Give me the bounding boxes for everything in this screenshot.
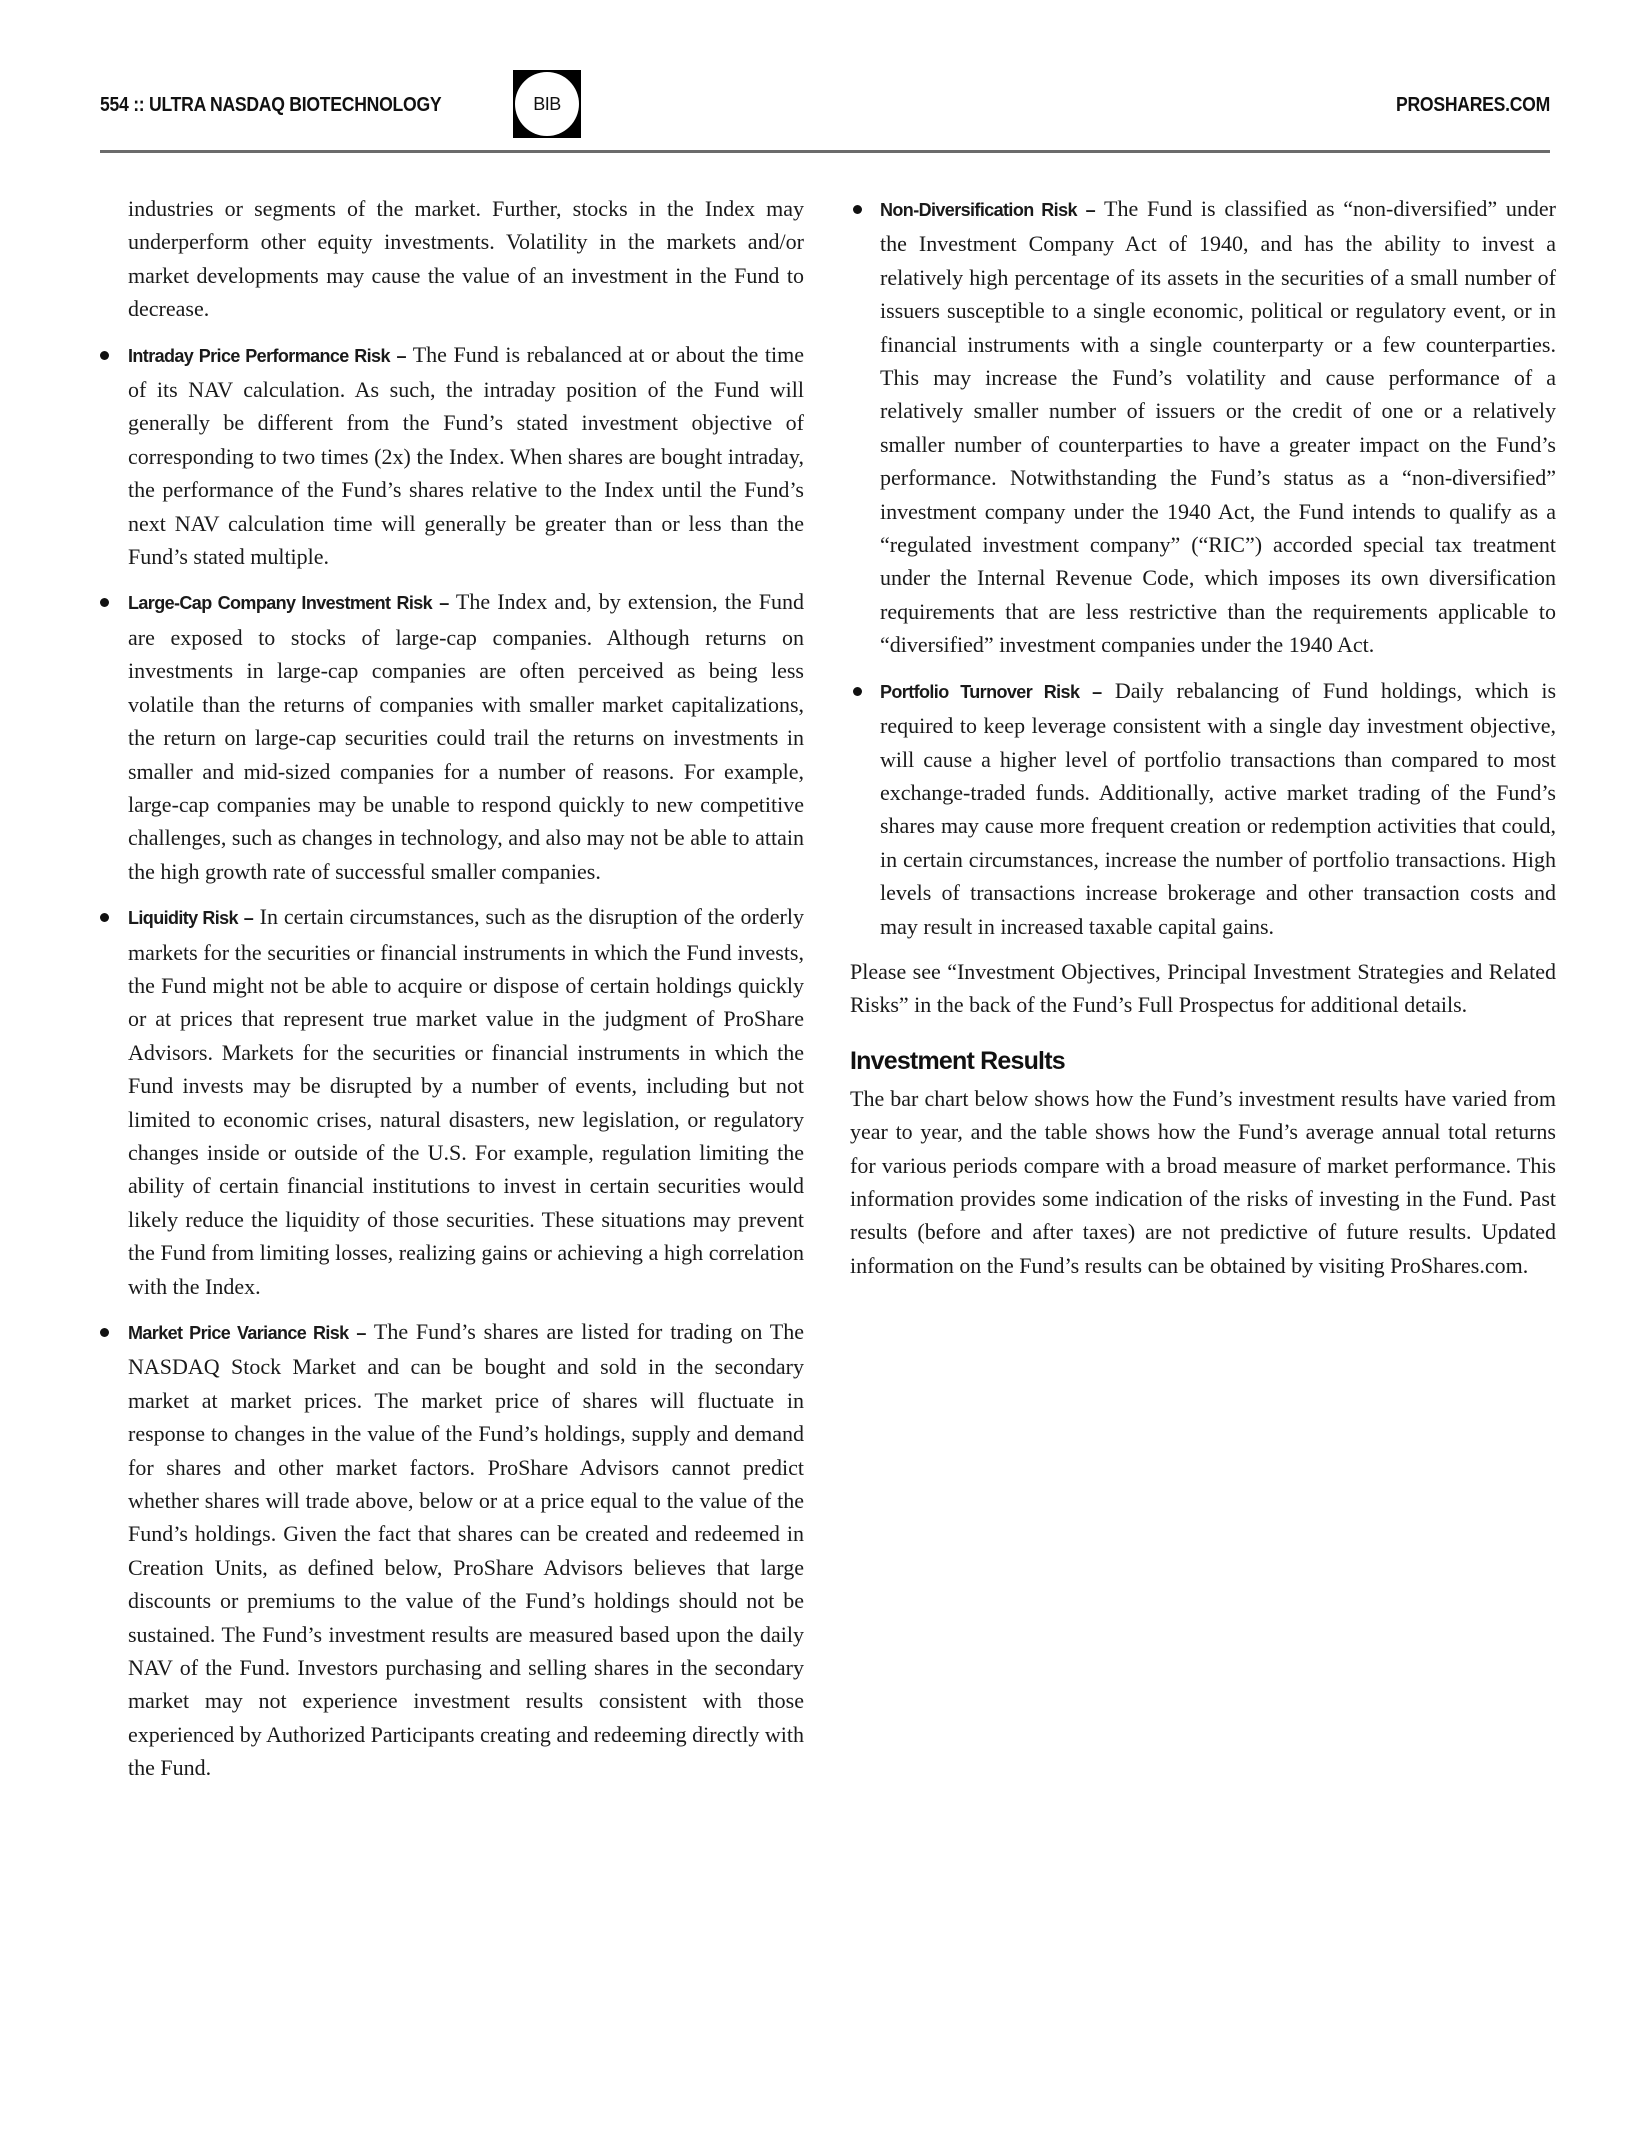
ticker-badge: BIB [513,70,581,138]
see-also-paragraph: Please see “Investment Objectives, Princ… [850,955,1556,1022]
bullet-icon [100,351,109,360]
left-column: industries or segments of the market. Fu… [128,192,804,1797]
page-header: 554 :: ULTRA NASDAQ BIOTECHNOLOGY BIB PR… [100,68,1550,152]
bullet-icon [100,598,109,607]
em-dash: – [244,908,254,928]
site-link[interactable]: PROSHARES.COM [1396,94,1550,117]
risk-item-liquidity: Liquidity Risk – In certain circumstance… [128,900,804,1303]
risk-term: Liquidity Risk [128,908,238,928]
investment-results-heading: Investment Results [850,1044,1556,1078]
ticker-badge-label: BIB [515,72,579,136]
risk-description: The Fund is classified as “non-diversifi… [880,196,1556,657]
risk-description: Daily rebalancing of Fund holdings, whic… [880,678,1556,939]
em-dash: – [1086,200,1096,220]
risk-term: Non-Diversification Risk [880,200,1077,220]
risk-item-non-diversification: Non-Diversification Risk – The Fund is c… [850,192,1556,662]
risk-description: The Fund’s shares are listed for trad­in… [128,1319,804,1780]
em-dash: – [439,593,449,613]
bullet-icon [100,913,109,922]
bullet-icon [853,205,862,214]
header-divider [100,150,1550,153]
continuation-paragraph: industries or segments of the market. Fu… [128,192,804,326]
risk-item-market-price-variance: Market Price Variance Risk – The Fund’s … [128,1315,804,1785]
risk-description: In certain circumstances, such as the di… [128,904,804,1298]
risk-description: The Index and, by extension, the Fund ar… [128,589,804,883]
risk-term: Large-Cap Company Investment Risk [128,593,432,613]
em-dash: – [396,346,406,366]
risk-item-large-cap: Large-Cap Company Investment Risk – The … [128,585,804,888]
risk-item-intraday-price-performance: Intraday Price Performance Risk – The Fu… [128,338,804,574]
em-dash: – [1092,682,1102,702]
right-column: Non-Diversification Risk – The Fund is c… [850,192,1556,1294]
bullet-icon [853,687,862,696]
risk-term: Market Price Variance Risk [128,1323,349,1343]
em-dash: – [356,1323,366,1343]
risk-item-portfolio-turnover: Portfolio Turnover Risk – Daily rebalanc… [850,674,1556,943]
investment-results-paragraph: The bar chart below shows how the Fund’s… [850,1082,1556,1282]
risk-description: The Fund is rebalanced at or about the t… [128,342,804,569]
risk-term: Portfolio Turnover Risk [880,682,1079,702]
risk-term: Intraday Price Performance Risk [128,346,390,366]
page-label: 554 :: ULTRA NASDAQ BIOTECHNOLOGY [100,94,441,117]
bullet-icon [100,1328,109,1337]
